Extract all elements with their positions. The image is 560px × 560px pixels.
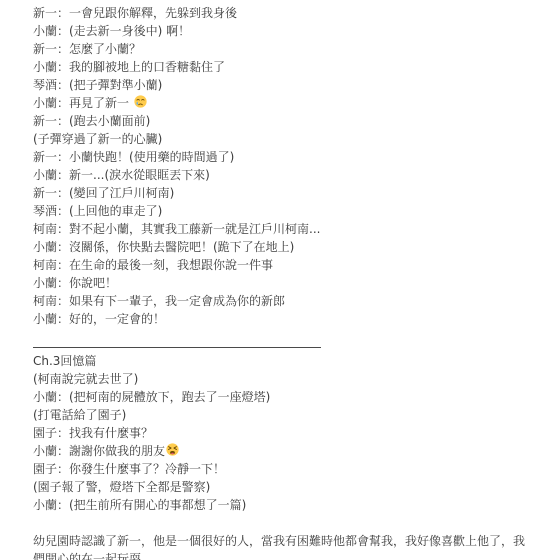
script-line: 小蘭：我的腳被地上的口香糖黏住了 bbox=[33, 58, 542, 76]
line-text: 園子：找我有什麼事？ bbox=[33, 426, 153, 440]
line-text: 園子：你發生什麼事了？冷靜一下！ bbox=[33, 462, 225, 476]
script-line: 園子：找我有什麼事？ bbox=[33, 424, 542, 442]
document-page: 新一：一會兒跟你解釋，先躲到我身後小蘭：(走去新一身後中) 啊！新一：怎麼了小蘭… bbox=[0, 0, 560, 560]
script-line: 小蘭：(把柯南的屍體放下，跑去了一座燈塔) bbox=[33, 388, 542, 406]
line-text: 小蘭：你說吧！ bbox=[33, 276, 117, 290]
line-text: 小蘭：新一...(淚水從眼眶丟下來) bbox=[33, 168, 210, 182]
script-line: 小蘭：再見了新一 bbox=[33, 94, 542, 112]
line-text: 小蘭：(走去新一身後中) 啊！ bbox=[33, 24, 190, 38]
script-line: 小蘭：好的，一定會的！ bbox=[33, 310, 542, 328]
line-text: 柯南：在生命的最後一刻，我想跟你說一件事 bbox=[33, 258, 273, 272]
script-line: 小蘭：(走去新一身後中) 啊！ bbox=[33, 22, 542, 40]
line-text: 小蘭：再見了新一 bbox=[33, 96, 133, 110]
separator-row bbox=[33, 334, 542, 352]
script-line: 新一：怎麼了小蘭？ bbox=[33, 40, 542, 58]
script-line: 琴酒：(上回他的車走了) bbox=[33, 202, 542, 220]
line-text: 琴酒：(上回他的車走了) bbox=[33, 204, 162, 218]
line-text: 小蘭：(把生前所有開心的事都想了一篇) bbox=[33, 498, 246, 512]
line-text: 柯南：如果有下一輩子，我一定會成為你的新郎 bbox=[33, 294, 285, 308]
script-line: 小蘭：你說吧！ bbox=[33, 274, 542, 292]
script-line: 幼兒園時認識了新一，他是一個很好的人，當我有困難時他都會幫我，我好像喜歡上他了，… bbox=[33, 532, 542, 550]
crying-face-icon bbox=[134, 95, 147, 108]
weary-face-icon bbox=[166, 443, 179, 456]
line-text: 小蘭：謝謝你做我的朋友 bbox=[33, 444, 165, 458]
line-text: 新一：一會兒跟你解釋，先躲到我身後 bbox=[33, 6, 237, 20]
script-line: (打電話給了園子) bbox=[33, 406, 542, 424]
script-line: 小蘭：(把生前所有開心的事都想了一篇) bbox=[33, 496, 542, 514]
line-text: (子彈穿過了新一的心臟) bbox=[33, 132, 162, 146]
script-line: Ch.3回憶篇 bbox=[33, 352, 542, 370]
script-line: 琴酒：(把子彈對準小蘭) bbox=[33, 76, 542, 94]
script-line: (子彈穿過了新一的心臟) bbox=[33, 130, 542, 148]
line-text: 新一：小蘭快跑！(使用藥的時間過了) bbox=[33, 150, 234, 164]
script-line: 柯南：在生命的最後一刻，我想跟你說一件事 bbox=[33, 256, 542, 274]
script-line: 新一：(跑去小蘭面前) bbox=[33, 112, 542, 130]
line-text: Ch.3回憶篇 bbox=[33, 354, 96, 368]
horizontal-rule bbox=[33, 347, 321, 348]
line-text: 柯南：對不起小蘭，其實我工藤新一就是江戶川柯南... bbox=[33, 222, 320, 236]
line-text: (園子報了警，燈塔下全都是警察) bbox=[33, 480, 210, 494]
line-text: 們開心的在一起玩耍 bbox=[33, 552, 141, 560]
blank-line bbox=[33, 514, 542, 532]
script-line: 新一：(變回了江戶川柯南) bbox=[33, 184, 542, 202]
script-line: (園子報了警，燈塔下全都是警察) bbox=[33, 478, 542, 496]
line-text: (打電話給了園子) bbox=[33, 408, 126, 422]
script-line: 小蘭：謝謝你做我的朋友 bbox=[33, 442, 542, 460]
script-line-partial: 們開心的在一起玩耍 bbox=[33, 550, 542, 560]
line-text: 小蘭：好的，一定會的！ bbox=[33, 312, 165, 326]
script-line: 柯南：對不起小蘭，其實我工藤新一就是江戶川柯南... bbox=[33, 220, 542, 238]
script-line: 小蘭：沒關係，你快點去醫院吧！(跪下了在地上) bbox=[33, 238, 542, 256]
line-text: 小蘭：沒關係，你快點去醫院吧！(跪下了在地上) bbox=[33, 240, 294, 254]
line-text: 幼兒園時認識了新一，他是一個很好的人，當我有困難時他都會幫我，我好像喜歡上他了，… bbox=[33, 534, 525, 548]
line-text: 新一：(跑去小蘭面前) bbox=[33, 114, 150, 128]
script-line: 園子：你發生什麼事了？冷靜一下！ bbox=[33, 460, 542, 478]
script-line: 柯南：如果有下一輩子，我一定會成為你的新郎 bbox=[33, 292, 542, 310]
line-text: 小蘭：(把柯南的屍體放下，跑去了一座燈塔) bbox=[33, 390, 270, 404]
line-text: 琴酒：(把子彈對準小蘭) bbox=[33, 78, 162, 92]
line-text: 新一：怎麼了小蘭？ bbox=[33, 42, 141, 56]
line-text: (柯南說完就去世了) bbox=[33, 372, 138, 386]
script-line: 小蘭：新一...(淚水從眼眶丟下來) bbox=[33, 166, 542, 184]
script-line: 新一：小蘭快跑！(使用藥的時間過了) bbox=[33, 148, 542, 166]
script-line: 新一：一會兒跟你解釋，先躲到我身後 bbox=[33, 4, 542, 22]
line-text: 新一：(變回了江戶川柯南) bbox=[33, 186, 174, 200]
script-line: (柯南說完就去世了) bbox=[33, 370, 542, 388]
line-text: 小蘭：我的腳被地上的口香糖黏住了 bbox=[33, 60, 225, 74]
